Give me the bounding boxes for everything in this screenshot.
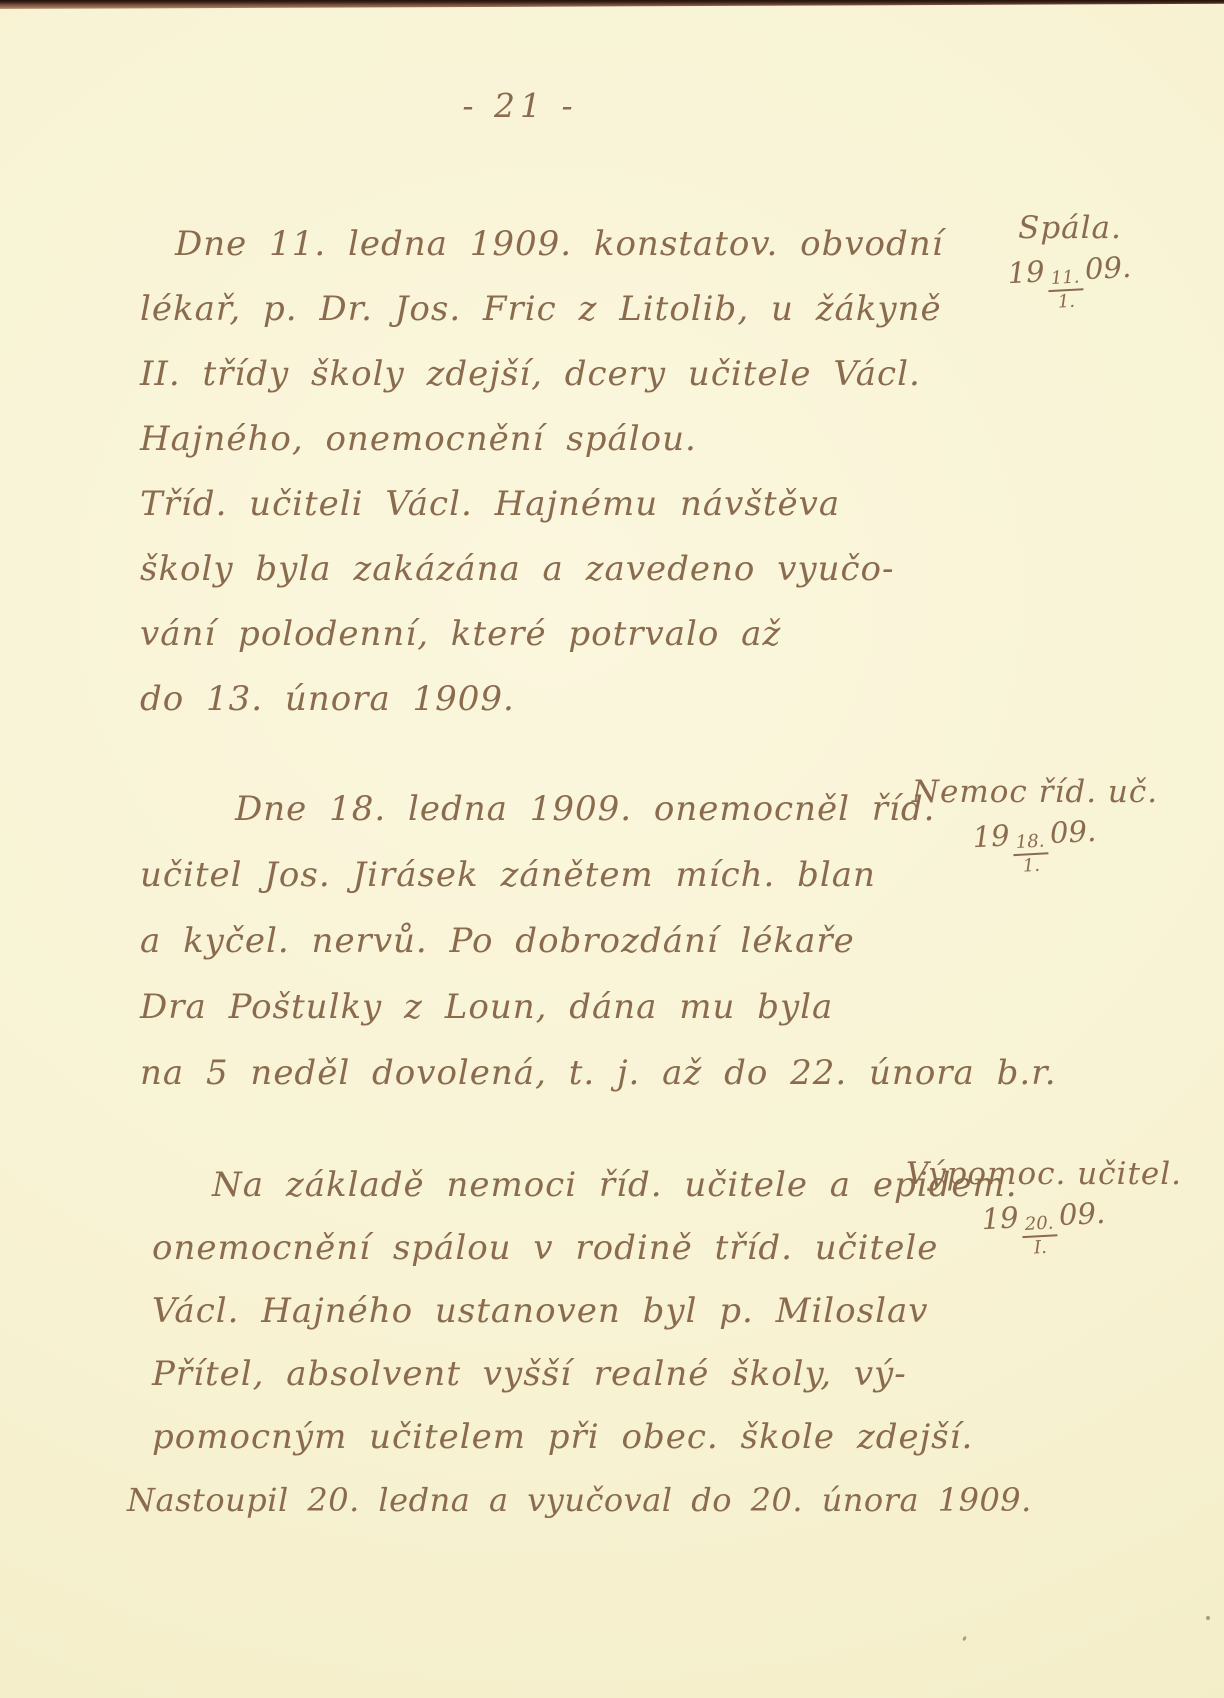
entry-text-line: školy byla zakázána a zavedeno vyučo- [140,537,930,602]
date-fraction: 11.1. [1047,268,1084,312]
entry-text-line: do 13. února 1909. [140,667,930,732]
entry-body: Dne 18. ledna 1909. onemocněl říd. učite… [140,776,930,1106]
entry-text-line: onemocnění spálou v rodině tříd. učitele [152,1217,942,1280]
entry-body: Na základě nemoci říd. učitele a epidem.… [152,1154,942,1532]
entry-text-line: II. třídy školy zdejší, dcery učitele Vá… [140,342,930,407]
entry-text-line: Dne 18. ledna 1909. onemocněl říd. [140,776,930,842]
margin-note: Spála. 1911.1.09. [945,210,1195,311]
entry-text-line: Václ. Hajného ustanoven byl p. Miloslav [152,1280,942,1343]
margin-note-date: 1920.I.09. [887,1191,1202,1265]
page-number: - 21 - [0,86,1040,125]
margin-note: Výpomoc. učitel. 1920.I.09. [888,1156,1200,1257]
entry-text-line: učitel Jos. Jirásek zánětem mích. blan [140,842,930,908]
date-day: 11. [1047,268,1083,292]
entry-text-line: Hajného, onemocnění spálou. [140,407,930,472]
entry-text-line: Nastoupil 20. ledna a vyučoval do 20. ún… [127,1469,942,1532]
date-year-suffix: 09. [1084,250,1132,286]
date-fraction: 20.I. [1021,1214,1058,1258]
entry-body: Dne 11. ledna 1909. konstatov. obvodní l… [140,212,930,732]
entry-text-line: Dne 11. ledna 1909. konstatov. obvodní [140,212,930,277]
paper-page: - 21 - Dne 11. ledna 1909. konstatov. ob… [0,0,1224,1698]
margin-note: Nemoc říd. uč. 1918.1.09. [885,774,1185,875]
date-month: 1. [1057,290,1075,311]
paper-speck [1206,1616,1210,1620]
binding-edge [0,0,1224,9]
margin-note-date: 1911.1.09. [944,246,1197,317]
entry-text-line: na 5 neděl dovolená, t. j. až do 22. úno… [140,1040,930,1106]
entry-text-line: Přítel, absolvent vyšší realné školy, vý… [152,1343,942,1406]
date-day: 18. [1012,832,1048,856]
date-year-suffix: 09. [1058,1196,1106,1232]
margin-note-title: Výpomoc. učitel. [888,1156,1200,1192]
date-year-prefix: 19 [981,1200,1020,1236]
entry-text-line: vání polodenní, které potrvalo až [140,602,930,667]
entry-text-line: a kyčel. nervů. Po dobrozdání lékaře [140,908,930,974]
date-month: I. [1033,1237,1047,1258]
margin-note-title: Spála. [945,210,1195,246]
entry-text-line: Na základě nemoci říd. učitele a epidem. [152,1154,942,1217]
paper-speck [962,1636,967,1642]
margin-note-date: 1918.1.09. [884,809,1187,882]
entry-text-line: Dra Poštulky z Loun, dána mu byla [140,974,930,1040]
entry-text-line: Tříd. učiteli Václ. Hajnému návštěva [140,472,930,537]
date-month: 1. [1022,854,1040,875]
margin-note-title: Nemoc říd. uč. [885,774,1185,810]
date-year-prefix: 19 [1007,254,1046,290]
entry-text-line: pomocným učitelem při obec. škole zdejší… [152,1406,942,1469]
date-year-prefix: 19 [972,818,1011,854]
date-fraction: 18.1. [1012,832,1049,876]
date-year-suffix: 09. [1049,814,1097,850]
date-day: 20. [1021,1214,1057,1238]
entry-text-line: lékař, p. Dr. Jos. Fric z Litolib, u žák… [140,277,930,342]
